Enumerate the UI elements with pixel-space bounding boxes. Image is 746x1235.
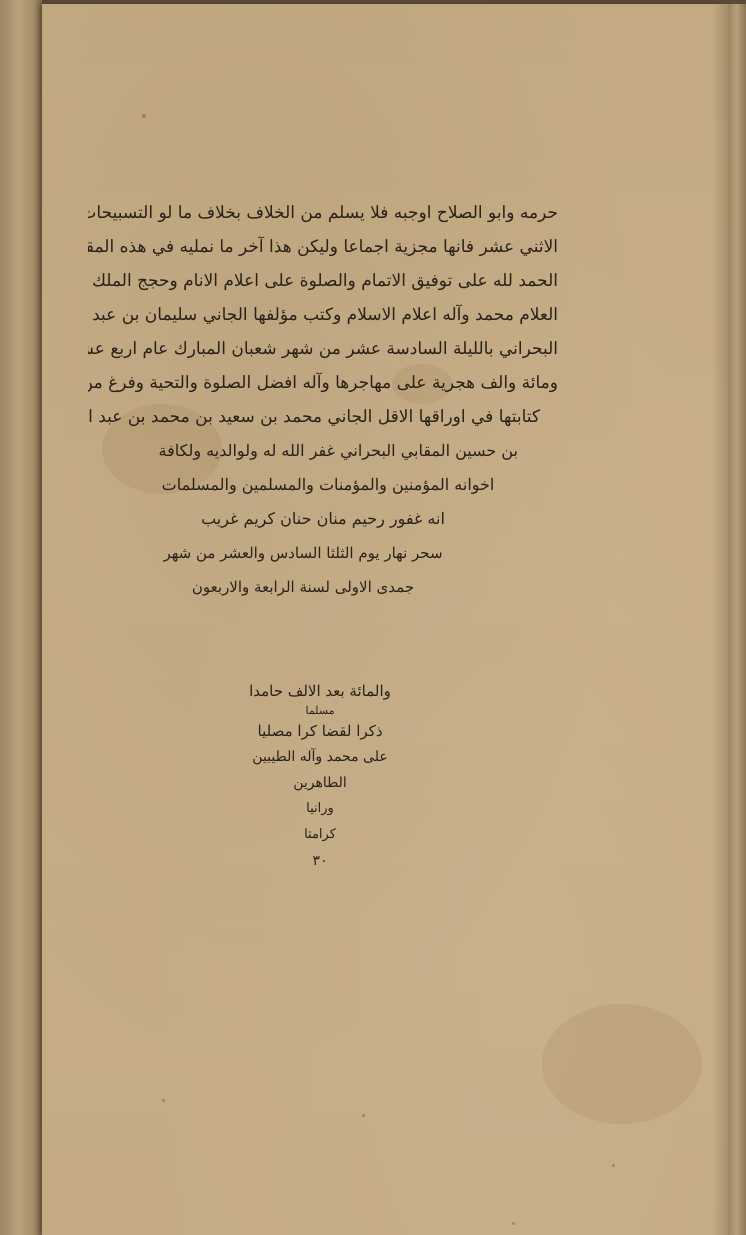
paper-stain: [542, 1004, 702, 1124]
colophon-line: كرامتا: [230, 822, 410, 848]
text-line: كتابتها في اوراقها الاقل الجاني محمد بن …: [88, 400, 558, 434]
text-line: الحمد لله على توفيق الاتمام والصلوة على …: [88, 264, 558, 298]
text-line: الاثني عشر فانها مجزية اجماعا وليكن هذا …: [88, 230, 558, 264]
colophon-line: ذكرا لقضا كرا مصليا: [230, 718, 410, 744]
colophon-triangle: والمائة بعد الالف حامدا مسلما ذكرا لقضا …: [230, 678, 410, 874]
text-line: سحر نهار يوم الثلثا السادس والعشر من شهر: [88, 536, 558, 570]
main-text-block: حرمه وابو الصلاح اوجبه فلا يسلم من الخلا…: [88, 196, 558, 604]
paper-spot: [142, 114, 146, 118]
colophon-line: ورانيا: [230, 796, 410, 822]
paper-spot: [512, 1222, 515, 1225]
page-edge-right: [728, 0, 746, 1235]
folio-number: ٣٠: [230, 848, 410, 874]
text-line: بن حسين المقابي البحراني غفر الله له ولو…: [88, 434, 558, 468]
colophon-line: مسلما: [230, 704, 410, 718]
colophon-line: الطاهرين: [230, 770, 410, 796]
text-line: حرمه وابو الصلاح اوجبه فلا يسلم من الخلا…: [88, 196, 558, 230]
paper-spot: [362, 1114, 365, 1117]
text-line: ومائة والف هجرية على مهاجرها وآله افضل ا…: [88, 366, 558, 400]
text-line: اخوانه المؤمنين والمؤمنات والمسلمين والم…: [88, 468, 558, 502]
text-line: جمدى الاولى لسنة الرابعة والاربعون: [88, 570, 558, 604]
text-line: انه غفور رحيم منان حنان كريم غريب: [88, 502, 558, 536]
text-line: العلام محمد وآله اعلام الاسلام وكتب مؤلف…: [88, 298, 558, 332]
text-line: البحراني بالليلة السادسة عشر من شهر شعبا…: [88, 332, 558, 366]
manuscript-page: [42, 4, 728, 1235]
paper-spot: [162, 1099, 165, 1102]
colophon-line: والمائة بعد الالف حامدا: [230, 678, 410, 704]
colophon-line: على محمد وآله الطيبين: [230, 744, 410, 770]
book-spine-left: [0, 0, 42, 1235]
paper-spot: [612, 1164, 615, 1167]
